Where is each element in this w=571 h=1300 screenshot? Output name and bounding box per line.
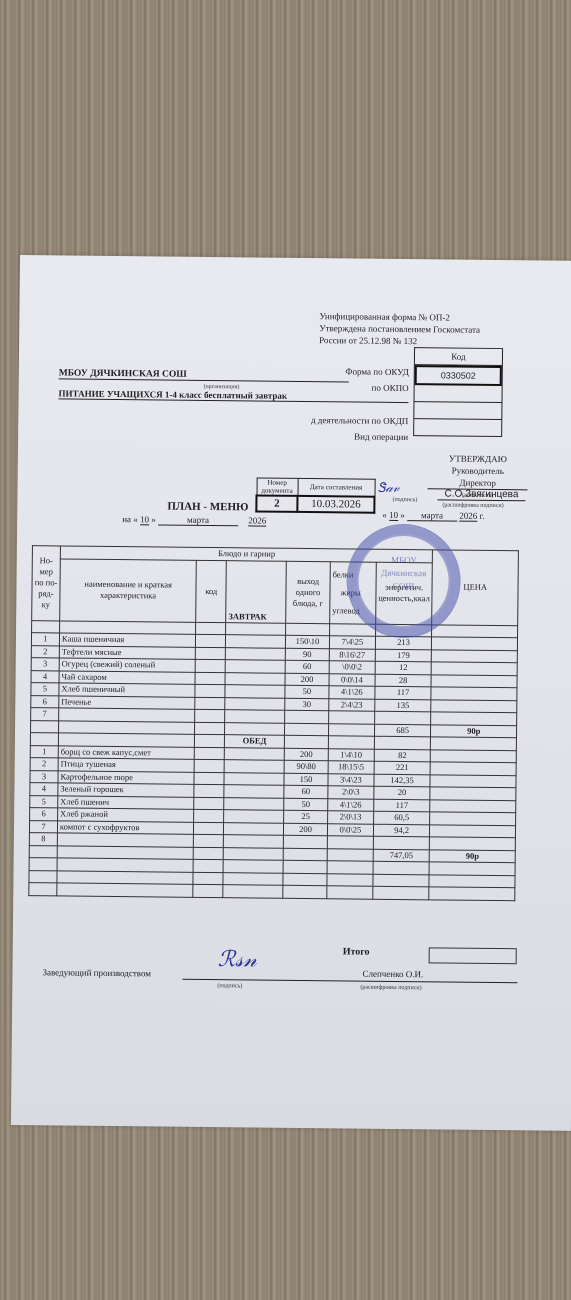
dish-section	[224, 797, 284, 810]
dish-nutrients: 18\15\5	[328, 761, 374, 774]
dish-code	[194, 759, 224, 772]
dish-code	[195, 697, 225, 710]
document-number-box: Номер документа Дата составления 2 10.03…	[255, 477, 375, 513]
dish-yield: 150	[284, 773, 328, 786]
row-number: 6	[31, 695, 59, 708]
footer-role: Заведующий производством	[42, 967, 151, 978]
dish-energy: 117	[374, 799, 431, 812]
stamp-text: СОШ	[380, 580, 426, 593]
empty-cell	[223, 860, 283, 873]
dish-energy: 117	[375, 686, 432, 699]
dish-code	[194, 822, 224, 835]
director-signature: Ꮥ𝒶𝓋	[377, 481, 399, 496]
okud-code: 0330502	[415, 365, 502, 386]
dish-price	[431, 762, 517, 775]
empty-cell	[429, 887, 515, 900]
dish-yield: 50	[285, 685, 329, 698]
empty-cell	[29, 883, 57, 896]
dish-price	[431, 749, 517, 762]
empty-cell	[30, 733, 58, 746]
row-number: 3	[31, 658, 59, 671]
dish-section	[224, 810, 284, 823]
empty-cell	[223, 847, 283, 860]
empty-cell	[193, 884, 223, 897]
section-price: 90р	[430, 849, 516, 862]
dish-energy: 94,2	[373, 824, 430, 837]
section-price: 90р	[431, 724, 517, 737]
okdp-code	[414, 402, 501, 420]
dish-energy: 135	[375, 699, 432, 712]
empty-cell	[29, 870, 57, 883]
dish-code	[195, 709, 225, 722]
row-number: 2	[30, 758, 58, 771]
code-box: Код 0330502	[413, 347, 503, 437]
dish-code	[195, 659, 225, 672]
dish-name: компот с сухофруктов	[57, 820, 193, 834]
dish-price	[430, 824, 516, 837]
row-number: 7	[29, 820, 57, 833]
dish-nutrients: 3\4\23	[328, 773, 374, 786]
empty-cell	[284, 735, 328, 748]
section-total-energy: 685	[374, 724, 431, 737]
empty-cell	[57, 883, 193, 897]
document-for-date: на « 10 » марта 2026	[122, 514, 266, 527]
dish-name: Печенье	[59, 695, 195, 709]
dish-price	[431, 699, 517, 712]
row-number: 6	[30, 808, 58, 821]
dish-code	[194, 784, 224, 797]
dish-price	[430, 774, 516, 787]
dish-name: борщ со свеж капус,смет	[58, 745, 194, 759]
year-suffix: г.	[479, 511, 484, 521]
breakfast-label: ЗАВТРАК	[226, 560, 287, 623]
dish-price	[430, 812, 516, 825]
dish-section	[225, 647, 285, 660]
empty-cell	[32, 620, 60, 633]
dish-section	[225, 672, 285, 685]
approval-day: 10	[389, 510, 398, 521]
dish-name: Птица тушеная	[58, 758, 194, 772]
empty-cell	[327, 861, 373, 874]
dish-nutrients: \0\0\2	[329, 661, 375, 674]
official-stamp: МБОУ Дячкинская СОШ	[346, 523, 461, 638]
dish-code	[196, 647, 226, 660]
approval-month: марта	[407, 510, 457, 522]
dish-code	[195, 684, 225, 697]
dish-yield: 200	[284, 823, 328, 836]
empty-cell	[283, 873, 327, 886]
dish-code	[194, 834, 224, 847]
operation-code	[414, 419, 501, 436]
dish-name: Огурец (свежий) соленый	[59, 658, 195, 672]
empty-cell	[328, 736, 374, 749]
dish-code	[196, 634, 226, 647]
row-number: 7	[31, 708, 59, 721]
dish-price	[431, 687, 517, 700]
on-prefix: на	[122, 514, 131, 524]
stamp-text: Дячкинская	[381, 567, 427, 580]
dish-code	[195, 672, 225, 685]
row-number: 1	[30, 745, 58, 758]
footer-name-caption: (расшифровка подписи)	[360, 985, 421, 992]
row-number: 3	[30, 770, 58, 783]
empty-cell	[328, 723, 374, 736]
dish-section	[225, 710, 285, 723]
dish-yield: 60	[285, 660, 329, 673]
dish-nutrients	[329, 711, 375, 724]
empty-cell	[30, 720, 58, 733]
date-header: Дата составления	[297, 478, 374, 496]
dish-name: Картофельное пюре	[58, 770, 194, 784]
dish-name: Зеленый горошек	[58, 783, 194, 797]
dish-energy: 213	[375, 636, 432, 649]
empty-cell	[195, 734, 225, 747]
dish-yield: 90\80	[284, 760, 328, 773]
lunch-label: ОБЕД	[225, 735, 285, 748]
row-number: 4	[31, 670, 59, 683]
dish-nutrients: 2\0\13	[328, 811, 374, 824]
dish-yield: 90	[285, 648, 329, 661]
dish-yield: 200	[284, 748, 328, 761]
dish-energy: 179	[375, 649, 432, 662]
dish-section	[225, 685, 285, 698]
dish-price	[432, 662, 518, 675]
dish-name: Хлеб пшеничный	[59, 683, 195, 697]
empty-cell	[431, 737, 517, 750]
empty-cell	[286, 623, 330, 636]
empty-cell	[283, 848, 327, 861]
header-number: Но-мер по по-ряд-ку	[32, 546, 61, 621]
approval-year: 2026	[459, 511, 477, 522]
dish-section	[224, 822, 284, 835]
empty-cell	[226, 622, 286, 635]
empty-cell	[193, 859, 223, 872]
total-value	[429, 947, 517, 964]
number-header: Номер документа	[256, 478, 297, 496]
empty-cell	[29, 845, 57, 858]
code-header: Код	[415, 348, 502, 366]
name-caption: (расшифровка подписи)	[442, 502, 503, 509]
total-label: Итого	[343, 946, 370, 957]
row-number: 4	[30, 783, 58, 796]
dish-code	[194, 809, 224, 822]
okpo-code	[414, 385, 501, 403]
dish-section	[224, 760, 284, 773]
row-number: 5	[31, 683, 59, 696]
dish-energy: 142,35	[374, 774, 431, 787]
document-number: 2	[256, 495, 297, 511]
form-header-line: России от 25.12.98 № 132	[319, 334, 480, 348]
empty-cell	[283, 885, 327, 898]
signature-caption: (подпись)	[392, 497, 417, 503]
empty-cell	[432, 624, 518, 637]
row-number: 2	[31, 645, 59, 658]
manager-signature: ℛ𝓈𝓃	[218, 947, 257, 972]
dish-yield: 25	[284, 810, 328, 823]
document-title: ПЛАН - МЕНЮ	[167, 501, 248, 514]
dish-yield: 200	[285, 673, 329, 686]
dish-yield	[285, 710, 329, 723]
okdp-label: д деятельности по ОКДП	[208, 414, 408, 426]
empty-cell	[327, 886, 373, 899]
footer-signature-caption: (подпись)	[217, 983, 242, 989]
dish-energy: 82	[374, 749, 431, 762]
empty-cell	[223, 885, 283, 898]
document-date: 10.03.2026	[297, 496, 374, 513]
dish-price	[431, 674, 517, 687]
dish-nutrients: 0\0\25	[327, 823, 373, 836]
document-year: 2026	[248, 515, 266, 526]
section-total-energy: 747,05	[373, 849, 430, 862]
header-name: наименование и краткая характеристика	[60, 558, 197, 621]
dish-energy: 221	[374, 761, 431, 774]
dish-section	[225, 697, 285, 710]
empty-cell	[225, 722, 285, 735]
empty-cell	[429, 874, 515, 887]
dish-nutrients: 4\1\26	[329, 686, 375, 699]
dish-section	[224, 747, 284, 760]
dish-price	[431, 712, 517, 725]
dish-section	[224, 785, 284, 798]
dish-nutrients: 2\4\23	[329, 698, 375, 711]
dish-nutrients: 7\4\25	[329, 636, 375, 649]
empty-cell	[193, 847, 223, 860]
organization-name: МБОУ ДЯЧКИНСКАЯ СОШ	[59, 368, 349, 382]
dish-price	[430, 787, 516, 800]
dish-code	[195, 747, 225, 760]
row-number: 8	[29, 833, 57, 846]
dish-nutrients: 4\1\26	[328, 798, 374, 811]
dish-price	[430, 799, 516, 812]
row-number: 5	[30, 795, 58, 808]
dish-price	[430, 837, 516, 850]
dish-name: Хлеб ржаной	[58, 808, 194, 822]
empty-cell	[327, 873, 373, 886]
empty-cell	[429, 862, 515, 875]
dish-code	[194, 797, 224, 810]
header-code: код	[196, 560, 227, 622]
dish-energy: 60,5	[373, 811, 430, 824]
subdivision-name: ПИТАНИЕ УЧАЩИХСЯ 1-4 класс бесплатный за…	[58, 388, 408, 403]
dish-nutrients: 1\4\10	[328, 748, 374, 761]
empty-cell	[373, 874, 430, 887]
empty-cell	[373, 886, 430, 899]
director-name: С.О.Звягинцева	[437, 488, 525, 501]
dish-yield: 50	[284, 798, 328, 811]
dish-nutrients: 8\16\27	[329, 648, 375, 661]
dish-name: Хлеб пшенич	[58, 795, 194, 809]
approval-title: УТВЕРЖДАЮ	[428, 452, 528, 465]
dish-section	[225, 660, 285, 673]
form-header: Унифицированная форма № ОП-2 Утверждена …	[319, 310, 480, 348]
empty-cell	[373, 861, 430, 874]
empty-cell	[29, 858, 57, 871]
dish-nutrients	[327, 836, 373, 849]
dish-code	[194, 772, 224, 785]
operation-label: Вид операции	[208, 430, 408, 442]
dish-name: Тефтели мясные	[59, 645, 195, 659]
dish-nutrients: 2\0\3	[328, 786, 374, 799]
empty-cell	[195, 722, 225, 735]
dish-name: Чай сахаром	[59, 670, 195, 684]
row-number: 1	[31, 633, 59, 646]
dish-energy	[374, 711, 431, 724]
dish-energy: 20	[374, 786, 431, 799]
dish-nutrients: 0\0\14	[329, 673, 375, 686]
dish-section	[224, 835, 284, 848]
dish-energy: 12	[375, 661, 432, 674]
header-yield: выход одного блюда, г	[286, 561, 331, 623]
dish-yield: 30	[285, 698, 329, 711]
approval-date: « 10 » марта 2026 г.	[382, 510, 484, 522]
dish-yield: 150\10	[285, 635, 329, 648]
empty-cell	[223, 872, 283, 885]
approval-role: Руководитель	[428, 464, 528, 477]
empty-cell	[196, 622, 226, 635]
stamp-text: МБОУ	[381, 554, 427, 567]
dish-section	[224, 772, 284, 785]
dish-price	[432, 649, 518, 662]
dish-yield: 60	[284, 785, 328, 798]
empty-cell	[193, 872, 223, 885]
dish-energy: 28	[375, 674, 432, 687]
dish-energy	[373, 836, 430, 849]
menu-plan-document: Унифицированная форма № ОП-2 Утверждена …	[11, 255, 571, 1131]
manager-name: Слепченко О.И.	[362, 969, 423, 980]
empty-cell	[283, 860, 327, 873]
dish-yield	[283, 835, 327, 848]
dish-price	[432, 637, 518, 650]
dish-section	[226, 635, 286, 648]
document-day: 10	[140, 514, 149, 525]
empty-cell	[327, 848, 373, 861]
document-month: марта	[158, 514, 238, 526]
dish-name: Каша пшеничная	[59, 633, 195, 647]
empty-cell	[285, 723, 329, 736]
empty-cell	[374, 736, 431, 749]
